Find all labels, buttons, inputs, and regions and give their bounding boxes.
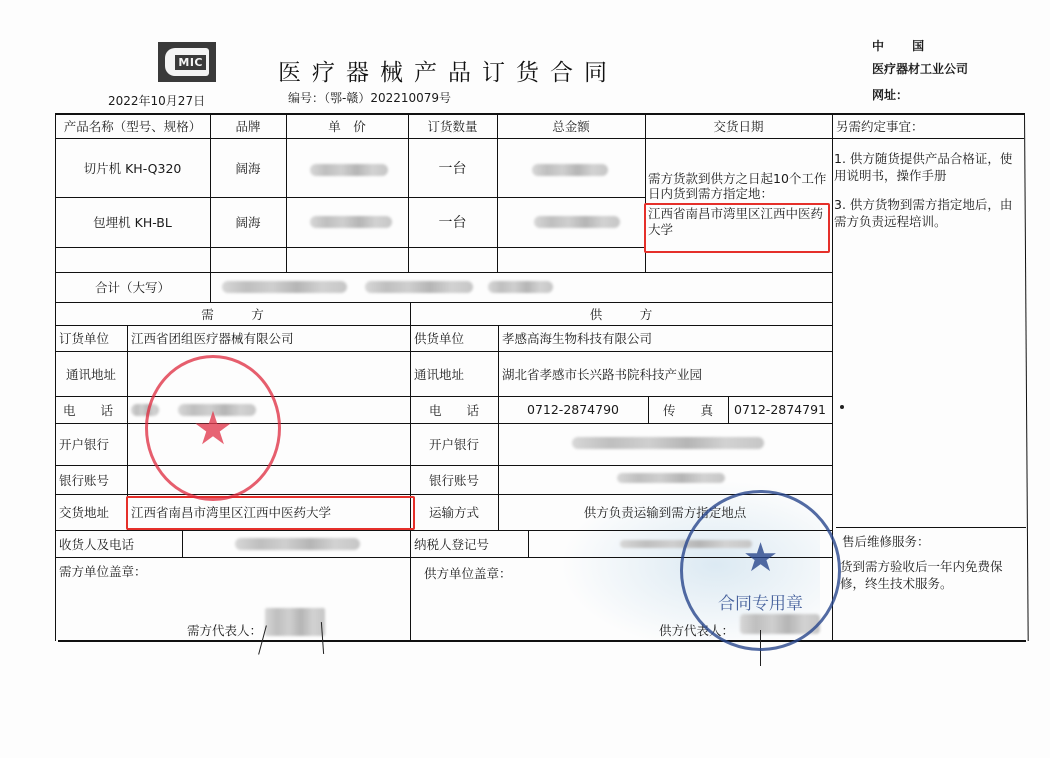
buyer-seal-label: 需方单位盖章： xyxy=(55,560,255,582)
supplier-contract-stamp: ★ 合同专用章 xyxy=(680,490,841,651)
redacted-supplier-account xyxy=(617,473,725,483)
product-quantity: 一台 xyxy=(408,197,497,247)
after-sales-text: 货到需方验收后一年内免费保修，终生技术服务。 xyxy=(840,558,1022,594)
other-terms-item: 1. 供方随货提供产品合格证，使用说明书，操作手册 xyxy=(834,150,1014,186)
corp-country: 中 国 xyxy=(872,37,936,54)
supplier-phone-value: 0712-2874790 xyxy=(498,396,648,423)
supplier-address-value: 湖北省孝感市长兴路书院科技产业园 xyxy=(498,351,832,396)
redacted-receiver xyxy=(235,538,360,550)
supplier-bank-label: 开户银行 xyxy=(410,423,498,465)
redacted-total-words xyxy=(365,281,473,293)
other-terms-title: 另需约定事宜： xyxy=(832,113,1024,138)
redacted-unit-price xyxy=(310,216,392,228)
col-header-unit-price: 单 价 xyxy=(286,113,408,138)
supply-unit-value: 孝感高海生物科技有限公司 xyxy=(498,325,832,351)
delivery-date-text: 需方货款到供方之日起10个工作日内货到需方指定地： xyxy=(648,171,828,205)
supplier-address-label: 通讯地址 xyxy=(410,351,498,396)
grid-line xyxy=(528,530,529,557)
redacted-total xyxy=(532,164,608,176)
corp-name: 医疗器材工业公司 xyxy=(872,60,968,77)
contract-document: MIC 医疗器械产品订货合同 2022年10月27日 编号：（鄂-赣）20221… xyxy=(0,0,1050,758)
redacted-total xyxy=(534,216,620,228)
grid-line xyxy=(58,640,1026,642)
redacted-unit-price xyxy=(310,164,388,176)
col-header-quantity: 订货数量 xyxy=(408,113,497,138)
receiver-label: 收货人及电话 xyxy=(55,530,182,557)
grid-line xyxy=(55,247,645,248)
buyer-section-title: 需 方 xyxy=(55,302,410,325)
other-terms-item: 3. 供方货物到需方指定地后，由需方负责远程培训。 xyxy=(834,196,1014,232)
col-header-brand: 品牌 xyxy=(210,113,286,138)
contract-seal-text: 合同专用章 xyxy=(683,589,838,614)
col-header-delivery-date: 交货日期 xyxy=(645,113,832,138)
highlight-box-delivery-place xyxy=(644,203,830,253)
col-header-total: 总金额 xyxy=(497,113,645,138)
supplier-seal-label: 供方单位盖章： xyxy=(420,562,620,584)
after-sales-title: 售后维修服务： xyxy=(838,530,1024,552)
supply-unit-label: 供货单位 xyxy=(410,325,498,351)
supplier-fax-value: 0712-2874791 xyxy=(728,396,832,423)
total-label: 合计（大写） xyxy=(55,272,210,302)
supplier-phone-label: 电 话 xyxy=(410,396,498,423)
cmic-logo: MIC xyxy=(158,42,216,82)
buyer-company-stamp: ★ xyxy=(145,355,281,501)
product-quantity: 一台 xyxy=(408,138,497,197)
highlight-box-delivery-address xyxy=(126,496,415,530)
col-header-product-name: 产品名称（型号、规格） xyxy=(55,113,210,138)
product-brand: 阔海 xyxy=(210,138,286,197)
order-unit-value: 江西省团组医疗器械有限公司 xyxy=(127,325,410,351)
supplier-section-title: 供 方 xyxy=(410,302,832,325)
supplier-fax-label: 传 真 xyxy=(648,396,728,423)
grid-line xyxy=(836,527,1026,528)
document-number: 编号：（鄂-赣）202210079号 xyxy=(288,89,451,106)
logo-text: MIC xyxy=(175,55,206,70)
product-brand: 阔海 xyxy=(210,197,286,247)
grid-line xyxy=(1024,113,1029,641)
taxpayer-label: 纳税人登记号 xyxy=(410,530,528,557)
redacted-total-words xyxy=(222,281,347,293)
buyer-bank-label: 开户银行 xyxy=(55,423,127,465)
stray-dot xyxy=(840,405,844,409)
contract-date: 2022年10月27日 xyxy=(108,92,205,109)
buyer-account-label: 银行账号 xyxy=(55,465,127,494)
redacted-buyer-rep-signature xyxy=(265,608,325,636)
order-unit-label: 订货单位 xyxy=(55,325,127,351)
buyer-address-label: 通讯地址 xyxy=(55,351,127,396)
corp-website-label: 网址： xyxy=(872,86,908,103)
redacted-supplier-bank xyxy=(572,437,764,449)
buyer-phone-label: 电 话 xyxy=(55,396,127,423)
star-icon: ★ xyxy=(743,538,779,578)
document-title: 医疗器械产品订货合同 xyxy=(278,54,618,87)
delivery-address-label: 交货地址 xyxy=(55,494,127,530)
grid-line xyxy=(210,272,211,302)
grid-line xyxy=(832,138,1024,139)
grid-line xyxy=(182,530,183,557)
product-name: 包埋机 KH-BL xyxy=(55,197,210,247)
supplier-account-label: 银行账号 xyxy=(410,465,498,494)
transport-label: 运输方式 xyxy=(410,494,498,530)
star-icon: ★ xyxy=(192,405,233,451)
redacted-total-words xyxy=(488,281,553,293)
product-name: 切片机 KH-Q320 xyxy=(55,138,210,197)
